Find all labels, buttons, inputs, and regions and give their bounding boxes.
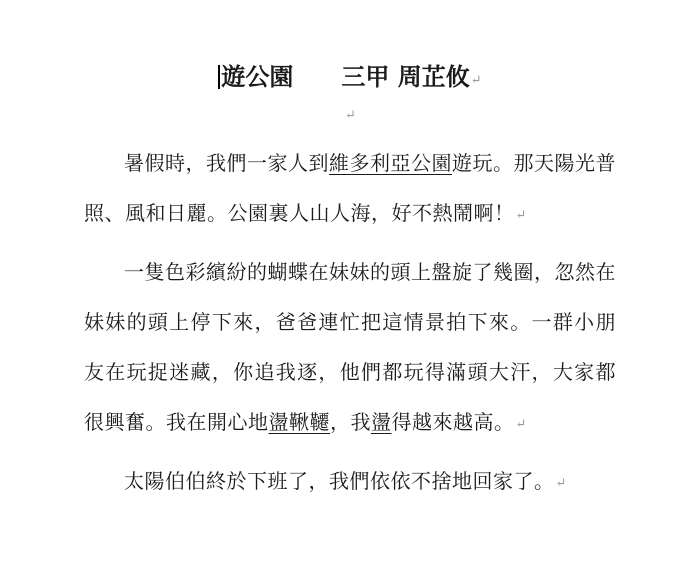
underlined-text-segment: 維多利亞公園 xyxy=(329,151,452,175)
underlined-text-segment: 盪鞦韆 xyxy=(269,410,331,434)
document-title-line: 遊公園 三甲 周芷攸↵ xyxy=(84,62,616,96)
paragraph: 一隻色彩繽紛的蝴蝶在妹妹的頭上盤旋了幾圈，忽然在妹妹的頭上停下來，爸爸連忙把這情… xyxy=(84,247,616,450)
paragraph: 太陽伯伯終於下班了，我們依依不捨地回家了。↵ xyxy=(84,456,616,509)
text-segment: 一隻色彩繽紛的蝴蝶在妹妹的頭上盤旋了幾圈，忽然在妹妹的頭上停下來，爸爸連忙把這情… xyxy=(84,260,616,434)
paragraph-mark-icon: ↵ xyxy=(345,108,356,123)
paragraph-mark-icon: ↵ xyxy=(516,208,527,223)
document-page[interactable]: 遊公園 三甲 周芷攸↵ ↵ 暑假時，我們一家人到維多利亞公園遊玩。那天陽光普照、… xyxy=(0,0,696,564)
paragraph-mark-icon: ↵ xyxy=(556,476,567,491)
empty-paragraph-line: ↵ xyxy=(84,102,616,128)
paragraph-mark-icon: ↵ xyxy=(516,417,527,432)
text-segment: ，我 xyxy=(330,410,371,434)
document-title: 遊公園 xyxy=(221,62,293,91)
paragraph-mark-icon: ↵ xyxy=(471,73,482,88)
text-segment: 得越來越高。 xyxy=(392,410,515,434)
document-body: 暑假時，我們一家人到維多利亞公園遊玩。那天陽光普照、風和日麗。公園裏人山人海，好… xyxy=(84,138,616,509)
title-author: 三甲 周芷攸 xyxy=(341,62,469,91)
text-segment: 暑假時，我們一家人到 xyxy=(124,151,329,175)
title-gap xyxy=(293,62,341,92)
underlined-text-segment: 盪 xyxy=(371,410,392,434)
paragraph: 暑假時，我們一家人到維多利亞公園遊玩。那天陽光普照、風和日麗。公園裏人山人海，好… xyxy=(84,138,616,241)
text-segment: 太陽伯伯終於下班了，我們依依不捨地回家了。 xyxy=(124,469,555,493)
